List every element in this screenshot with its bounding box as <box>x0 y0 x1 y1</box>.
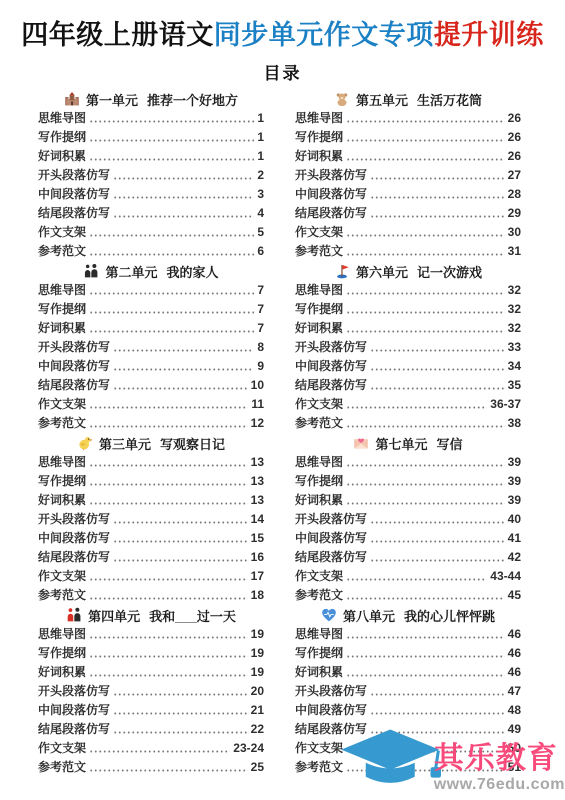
toc-entry: 参考范文 6 <box>38 242 264 261</box>
toc-entry-page: 19 <box>251 627 264 641</box>
toc-unit: 第六单元 记一次游戏 思维导图 32 写作提纲 32 好词积累 32 开头段落仿… <box>295 261 521 433</box>
toc-entry-label: 参考范文 <box>38 586 86 603</box>
toc-entry-page: 30 <box>508 225 521 239</box>
love-letter-icon <box>353 435 369 451</box>
dotted-leader <box>89 655 248 658</box>
toc-entry-page: 7 <box>257 283 264 297</box>
unit-items: 思维导图 32 写作提纲 32 好词积累 32 开头段落仿写 33 中间段落仿写… <box>295 281 521 433</box>
toc-entry-label: 思维导图 <box>295 453 343 470</box>
dotted-leader <box>89 311 254 314</box>
toc-entry-label: 开头段落仿写 <box>38 166 110 183</box>
toc-entry-label: 写作提纲 <box>38 300 86 317</box>
toc-entry: 思维导图 13 <box>38 453 264 472</box>
toc-entry: 结尾段落仿写 4 <box>38 204 264 223</box>
toc-entry-page: 46 <box>508 646 521 660</box>
toc-entry-page: 4 <box>257 206 264 220</box>
toc-entry-label: 中间段落仿写 <box>38 185 110 202</box>
unit-title: 推荐一个好地方 <box>147 90 238 109</box>
toc-entry: 中间段落仿写 34 <box>295 357 521 376</box>
toc-entry-page: 40 <box>508 512 521 526</box>
toc-entry-label: 参考范文 <box>38 758 86 775</box>
toc-entry-page: 1 <box>257 111 264 125</box>
toc-entry-page: 18 <box>251 588 264 602</box>
dotted-leader <box>346 120 505 123</box>
dotted-leader <box>346 234 505 237</box>
toc-entry: 写作提纲 1 <box>38 128 264 147</box>
toc-entry-label: 结尾段落仿写 <box>38 204 110 221</box>
dotted-leader <box>89 120 254 123</box>
dotted-leader <box>89 769 248 772</box>
toc-entry: 开头段落仿写 27 <box>295 166 521 185</box>
unit-title: 生活万花筒 <box>417 90 482 109</box>
dotted-leader <box>370 368 505 371</box>
toc-entry: 开头段落仿写 20 <box>38 682 264 701</box>
toc-unit: 第五单元 生活万花筒 思维导图 26 写作提纲 26 好词积累 26 开头段落仿… <box>295 89 521 261</box>
toc-unit: 第三单元 写观察日记 思维导图 13 写作提纲 13 好词积累 13 开头段落仿… <box>38 433 264 605</box>
toc-entry-page: 47 <box>508 684 521 698</box>
dotted-leader <box>370 540 505 543</box>
dotted-leader <box>113 387 248 390</box>
toc-entry: 参考范文 31 <box>295 242 521 261</box>
dotted-leader <box>89 578 248 581</box>
toc-entry: 结尾段落仿写 35 <box>295 376 521 395</box>
toc-entry-page: 39 <box>508 455 521 469</box>
toc-entry-label: 写作提纲 <box>295 644 343 661</box>
toc-entry-label: 参考范文 <box>38 242 86 259</box>
dotted-leader <box>370 387 505 390</box>
toc-entry-page: 21 <box>251 703 264 717</box>
unit-items: 思维导图 26 写作提纲 26 好词积累 26 开头段落仿写 27 中间段落仿写… <box>295 109 521 261</box>
unit-header: 第五单元 生活万花筒 <box>295 89 521 109</box>
toc-entry-page: 33 <box>508 340 521 354</box>
toc-entry-label: 好词积累 <box>295 147 343 164</box>
toc-entry-label: 好词积累 <box>38 147 86 164</box>
toc-unit: 第一单元 推荐一个好地方 思维导图 1 写作提纲 1 好词积累 1 开头段落仿写… <box>38 89 264 261</box>
toc-entry-label: 开头段落仿写 <box>38 510 110 527</box>
toc-entry: 写作提纲 19 <box>38 644 264 663</box>
toc-entry-page: 35 <box>508 378 521 392</box>
toc-entry: 中间段落仿写 28 <box>295 185 521 204</box>
toc-entry: 好词积累 7 <box>38 319 264 338</box>
toc-entry: 思维导图 26 <box>295 109 521 128</box>
toc-entry: 参考范文 25 <box>38 758 264 777</box>
teddy-icon <box>334 91 350 107</box>
brand-url: www.76edu.com <box>434 776 565 794</box>
dotted-leader <box>346 483 505 486</box>
unit-number: 第六单元 <box>356 262 408 281</box>
dotted-leader <box>89 139 254 142</box>
toc-entry-label: 作文支架 <box>295 567 343 584</box>
toc-entry-label: 作文支架 <box>295 739 343 756</box>
toc-entry-label: 作文支架 <box>295 395 343 412</box>
dotted-leader <box>346 597 505 600</box>
toc-entry: 中间段落仿写 9 <box>38 357 264 376</box>
toc-entry-page: 31 <box>508 244 521 258</box>
dotted-leader <box>89 292 254 295</box>
toc-entry-page: 45 <box>508 588 521 602</box>
toc-entry: 结尾段落仿写 29 <box>295 204 521 223</box>
toc-entry: 写作提纲 7 <box>38 300 264 319</box>
unit-number: 第三单元 <box>99 434 151 453</box>
toc-entry: 写作提纲 46 <box>295 644 521 663</box>
toc-entry-page: 10 <box>251 378 264 392</box>
dotted-leader <box>89 750 230 753</box>
toc-entry-label: 好词积累 <box>295 319 343 336</box>
toc-unit: 第四单元 我和___过一天 思维导图 19 写作提纲 19 好词积累 19 开头… <box>38 605 264 777</box>
toc-entry-page: 14 <box>251 512 264 526</box>
toc-entry: 好词积累 46 <box>295 663 521 682</box>
dotted-leader <box>113 177 254 180</box>
toc-entry-label: 开头段落仿写 <box>38 682 110 699</box>
dotted-leader <box>346 406 487 409</box>
dotted-leader <box>89 636 248 639</box>
toc-entry-page: 29 <box>508 206 521 220</box>
toc-entry-label: 思维导图 <box>38 281 86 298</box>
toc-entry: 作文支架 17 <box>38 567 264 586</box>
toc-entry: 作文支架 5 <box>38 223 264 242</box>
unit-number: 第一单元 <box>86 90 138 109</box>
toc-entry-page: 32 <box>508 321 521 335</box>
toc-entry-label: 参考范文 <box>38 414 86 431</box>
toc-entry-page: 19 <box>251 646 264 660</box>
dotted-leader <box>89 464 248 467</box>
toc-entry: 好词积累 19 <box>38 663 264 682</box>
dotted-leader <box>346 158 505 161</box>
toc-entry-label: 好词积累 <box>38 319 86 336</box>
toc-entry: 中间段落仿写 48 <box>295 701 521 720</box>
unit-header: 第二单元 我的家人 <box>38 261 264 281</box>
toc-entry-label: 写作提纲 <box>295 300 343 317</box>
page-title: 四年级上册语文同步单元作文专项提升训练 <box>0 0 565 52</box>
toc-entry-label: 中间段落仿写 <box>295 529 367 546</box>
toc-entry-label: 结尾段落仿写 <box>38 548 110 565</box>
unit-items: 思维导图 19 写作提纲 19 好词积累 19 开头段落仿写 20 中间段落仿写… <box>38 625 264 777</box>
unit-items: 思维导图 13 写作提纲 13 好词积累 13 开头段落仿写 14 中间段落仿写… <box>38 453 264 605</box>
unit-title: 我的心儿怦怦跳 <box>404 606 495 625</box>
unit-title: 记一次游戏 <box>417 262 482 281</box>
toc-entry-page: 13 <box>251 493 264 507</box>
dotted-leader <box>113 712 248 715</box>
toc-entry: 思维导图 1 <box>38 109 264 128</box>
toc-entry-label: 作文支架 <box>295 223 343 240</box>
toc-entry: 好词积累 32 <box>295 319 521 338</box>
toc-entry: 开头段落仿写 40 <box>295 510 521 529</box>
dotted-leader <box>113 521 248 524</box>
dotted-leader <box>346 578 487 581</box>
unit-number: 第八单元 <box>343 606 395 625</box>
toc-entry-label: 思维导图 <box>295 281 343 298</box>
castle-icon <box>64 91 80 107</box>
toc-entry-label: 写作提纲 <box>295 472 343 489</box>
unit-items: 思维导图 39 写作提纲 39 好词积累 39 开头段落仿写 40 中间段落仿写… <box>295 453 521 605</box>
title-part-grade: 四年级上册语文 <box>21 20 214 50</box>
toc-entry-page: 28 <box>508 187 521 201</box>
toc-entry-page: 43-44 <box>490 569 521 583</box>
toc-entry-page: 1 <box>257 130 264 144</box>
dotted-leader <box>370 559 505 562</box>
toc-entry-label: 思维导图 <box>38 625 86 642</box>
dotted-leader <box>113 368 254 371</box>
toc-entry-label: 写作提纲 <box>38 128 86 145</box>
toc-entry: 思维导图 39 <box>295 453 521 472</box>
toc-entry: 参考范文 18 <box>38 586 264 605</box>
toc-entry-page: 26 <box>508 111 521 125</box>
toc-entry: 结尾段落仿写 42 <box>295 548 521 567</box>
toc-entry: 好词积累 39 <box>295 491 521 510</box>
toc-entry-label: 参考范文 <box>295 586 343 603</box>
toc-entry-label: 思维导图 <box>295 625 343 642</box>
dotted-leader <box>346 425 505 428</box>
toc-entry: 思维导图 7 <box>38 281 264 300</box>
toc-entry: 思维导图 19 <box>38 625 264 644</box>
toc-entry-page: 3 <box>257 187 264 201</box>
dotted-leader <box>89 406 248 409</box>
dotted-leader <box>89 483 248 486</box>
toc-entry: 写作提纲 39 <box>295 472 521 491</box>
dotted-leader <box>113 349 254 352</box>
title-part-sync-unit: 同步单元作文专项 <box>214 20 434 50</box>
toc-entry: 写作提纲 26 <box>295 128 521 147</box>
toc-entry-label: 参考范文 <box>295 758 343 775</box>
dotted-leader <box>346 655 505 658</box>
toc-entry-label: 思维导图 <box>38 109 86 126</box>
toc-entry-label: 结尾段落仿写 <box>38 720 110 737</box>
toc-entry: 开头段落仿写 2 <box>38 166 264 185</box>
dotted-leader <box>346 311 505 314</box>
flag-icon <box>334 263 350 279</box>
dotted-leader <box>113 693 248 696</box>
toc-entry-label: 写作提纲 <box>38 472 86 489</box>
toc-entry-page: 32 <box>508 302 521 316</box>
unit-header: 第一单元 推荐一个好地方 <box>38 89 264 109</box>
toc-entry: 结尾段落仿写 22 <box>38 720 264 739</box>
dotted-leader <box>346 464 505 467</box>
toc-entry-page: 1 <box>257 149 264 163</box>
toc-entry-page: 22 <box>251 722 264 736</box>
toc-entry-label: 中间段落仿写 <box>38 529 110 546</box>
toc-entry: 参考范文 12 <box>38 414 264 433</box>
unit-title: 写信 <box>437 434 463 453</box>
dotted-leader <box>89 502 248 505</box>
toc-entry: 好词积累 26 <box>295 147 521 166</box>
dotted-leader <box>370 521 505 524</box>
brand-logo: 其乐教育 www.76edu.com <box>338 726 565 796</box>
toc-entry-label: 中间段落仿写 <box>38 357 110 374</box>
toc-entry-page: 13 <box>251 474 264 488</box>
toc-entry-page: 16 <box>251 550 264 564</box>
toc-entry-page: 36-37 <box>490 397 521 411</box>
toc-entry-page: 23-24 <box>233 741 264 755</box>
dotted-leader <box>346 139 505 142</box>
toc-entry-label: 好词积累 <box>295 663 343 680</box>
dotted-leader <box>113 559 248 562</box>
dotted-leader <box>346 636 505 639</box>
unit-title: 我和___过一天 <box>149 606 236 625</box>
dotted-leader <box>113 196 254 199</box>
brand-name: 其乐教育 <box>434 744 558 774</box>
toc-entry-label: 结尾段落仿写 <box>295 204 367 221</box>
toc-entry: 开头段落仿写 33 <box>295 338 521 357</box>
toc-column-right: 第五单元 生活万花筒 思维导图 26 写作提纲 26 好词积累 26 开头段落仿… <box>295 89 521 777</box>
toc-entry: 好词积累 13 <box>38 491 264 510</box>
toc-entry-label: 开头段落仿写 <box>295 338 367 355</box>
toc-entry-page: 5 <box>257 225 264 239</box>
toc-entry-page: 26 <box>508 130 521 144</box>
toc-entry: 中间段落仿写 41 <box>295 529 521 548</box>
toc-entry-label: 开头段落仿写 <box>295 510 367 527</box>
dotted-leader <box>89 253 254 256</box>
toc-entry: 作文支架 36-37 <box>295 395 521 414</box>
toc-column-left: 第一单元 推荐一个好地方 思维导图 1 写作提纲 1 好词积累 1 开头段落仿写… <box>38 89 264 777</box>
dotted-leader <box>370 177 505 180</box>
unit-items: 思维导图 7 写作提纲 7 好词积累 7 开头段落仿写 8 中间段落仿写 9 结… <box>38 281 264 433</box>
toc-entry-label: 作文支架 <box>38 739 86 756</box>
toc-entry-page: 46 <box>508 665 521 679</box>
toc-entry-label: 结尾段落仿写 <box>38 376 110 393</box>
dotted-leader <box>346 502 505 505</box>
toc-entry-page: 41 <box>508 531 521 545</box>
brand-text-block: 其乐教育 www.76edu.com <box>434 744 565 796</box>
toc-entry-page: 25 <box>251 760 264 774</box>
unit-number: 第四单元 <box>88 606 140 625</box>
graduation-cap-icon <box>338 726 446 796</box>
toc-entry-page: 9 <box>257 359 264 373</box>
toc-entry: 中间段落仿写 21 <box>38 701 264 720</box>
toc-entry-page: 48 <box>508 703 521 717</box>
dotted-leader <box>370 349 505 352</box>
toc-entry-label: 中间段落仿写 <box>38 701 110 718</box>
toc-columns: 第一单元 推荐一个好地方 思维导图 1 写作提纲 1 好词积累 1 开头段落仿写… <box>0 84 565 777</box>
toc-entry-label: 好词积累 <box>38 663 86 680</box>
dotted-leader <box>113 731 248 734</box>
dotted-leader <box>370 693 505 696</box>
toc-entry: 中间段落仿写 3 <box>38 185 264 204</box>
toc-entry-label: 思维导图 <box>295 109 343 126</box>
toc-unit: 第二单元 我的家人 思维导图 7 写作提纲 7 好词积累 7 开头段落仿写 8 … <box>38 261 264 433</box>
toc-entry-label: 作文支架 <box>38 223 86 240</box>
toc-entry-page: 11 <box>251 397 264 411</box>
unit-header: 第七单元 写信 <box>295 433 521 453</box>
unit-header: 第四单元 我和___过一天 <box>38 605 264 625</box>
dotted-leader <box>113 215 254 218</box>
toc-entry-page: 39 <box>508 474 521 488</box>
toc-entry: 作文支架 43-44 <box>295 567 521 586</box>
dotted-leader <box>346 330 505 333</box>
toc-entry-label: 好词积累 <box>295 491 343 508</box>
unit-number: 第二单元 <box>105 262 157 281</box>
toc-entry-page: 38 <box>508 416 521 430</box>
dotted-leader <box>113 540 248 543</box>
dotted-leader <box>89 234 254 237</box>
dotted-leader <box>370 215 505 218</box>
toc-entry-label: 写作提纲 <box>38 644 86 661</box>
toc-entry: 好词积累 1 <box>38 147 264 166</box>
toc-entry: 中间段落仿写 15 <box>38 529 264 548</box>
unit-header: 第六单元 记一次游戏 <box>295 261 521 281</box>
toc-entry-label: 作文支架 <box>38 567 86 584</box>
chick-icon <box>77 435 93 451</box>
toc-page: 四年级上册语文同步单元作文专项提升训练 目录 第一单元 推荐一个好地方 思维导图… <box>0 0 565 800</box>
toc-entry-page: 13 <box>251 455 264 469</box>
family-icon <box>83 263 99 279</box>
toc-entry-label: 中间段落仿写 <box>295 701 367 718</box>
toc-entry: 参考范文 38 <box>295 414 521 433</box>
toc-entry: 参考范文 45 <box>295 586 521 605</box>
unit-header: 第八单元 我的心儿怦怦跳 <box>295 605 521 625</box>
dotted-leader <box>89 597 248 600</box>
toc-entry-label: 结尾段落仿写 <box>295 376 367 393</box>
toc-entry-page: 2 <box>257 168 264 182</box>
toc-entry: 开头段落仿写 8 <box>38 338 264 357</box>
toc-entry: 作文支架 11 <box>38 395 264 414</box>
toc-entry: 开头段落仿写 47 <box>295 682 521 701</box>
toc-entry: 作文支架 23-24 <box>38 739 264 758</box>
toc-entry: 结尾段落仿写 16 <box>38 548 264 567</box>
toc-entry: 思维导图 46 <box>295 625 521 644</box>
toc-entry-page: 7 <box>257 321 264 335</box>
toc-entry-page: 42 <box>508 550 521 564</box>
unit-title: 写观察日记 <box>160 434 225 453</box>
toc-entry-label: 思维导图 <box>38 453 86 470</box>
unit-number: 第七单元 <box>375 434 427 453</box>
unit-number: 第五单元 <box>356 90 408 109</box>
toc-entry: 作文支架 30 <box>295 223 521 242</box>
toc-entry-label: 开头段落仿写 <box>38 338 110 355</box>
dotted-leader <box>346 292 505 295</box>
toc-entry-label: 中间段落仿写 <box>295 185 367 202</box>
toc-entry-page: 46 <box>508 627 521 641</box>
dotted-leader <box>89 158 254 161</box>
dotted-leader <box>89 425 248 428</box>
toc-entry-label: 结尾段落仿写 <box>295 548 367 565</box>
toc-entry-page: 15 <box>251 531 264 545</box>
dotted-leader <box>346 674 505 677</box>
people-icon <box>66 607 82 623</box>
toc-entry-label: 作文支架 <box>38 395 86 412</box>
dotted-leader <box>89 674 248 677</box>
toc-entry-label: 参考范文 <box>295 242 343 259</box>
toc-entry-page: 8 <box>257 340 264 354</box>
toc-entry-label: 写作提纲 <box>295 128 343 145</box>
toc-entry: 结尾段落仿写 10 <box>38 376 264 395</box>
toc-entry-page: 32 <box>508 283 521 297</box>
unit-items: 思维导图 1 写作提纲 1 好词积累 1 开头段落仿写 2 中间段落仿写 3 结… <box>38 109 264 261</box>
toc-entry: 写作提纲 13 <box>38 472 264 491</box>
toc-entry-page: 34 <box>508 359 521 373</box>
heartbeat-icon <box>321 607 337 623</box>
toc-entry-label: 好词积累 <box>38 491 86 508</box>
unit-title: 我的家人 <box>167 262 219 281</box>
toc-heading: 目录 <box>0 59 565 84</box>
toc-entry-page: 20 <box>251 684 264 698</box>
toc-entry-page: 39 <box>508 493 521 507</box>
dotted-leader <box>370 712 505 715</box>
toc-entry-label: 参考范文 <box>295 414 343 431</box>
toc-entry-page: 26 <box>508 149 521 163</box>
title-part-boost: 提升训练 <box>434 20 544 50</box>
toc-entry-label: 中间段落仿写 <box>295 357 367 374</box>
toc-entry: 写作提纲 32 <box>295 300 521 319</box>
dotted-leader <box>346 253 505 256</box>
toc-unit: 第七单元 写信 思维导图 39 写作提纲 39 好词积累 39 开头段落仿写 4… <box>295 433 521 605</box>
toc-entry-page: 6 <box>257 244 264 258</box>
toc-entry-label: 开头段落仿写 <box>295 682 367 699</box>
toc-entry: 思维导图 32 <box>295 281 521 300</box>
unit-header: 第三单元 写观察日记 <box>38 433 264 453</box>
dotted-leader <box>370 196 505 199</box>
toc-entry-page: 12 <box>251 416 264 430</box>
toc-entry-page: 7 <box>257 302 264 316</box>
